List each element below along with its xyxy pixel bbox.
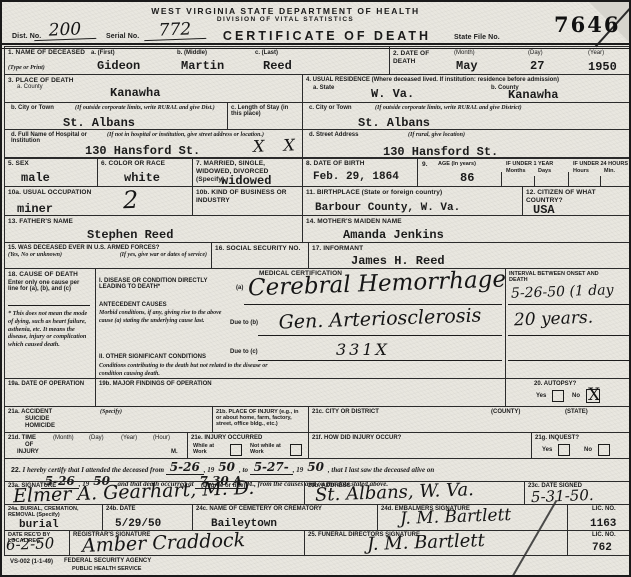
f22-text-5: , that I last saw the deceased alive on [328, 466, 434, 474]
field-funeral-director-signature: 25. FUNERAL DIRECTORS SIGNATURE J. M. Ba… [304, 530, 568, 556]
f17-label: 17. INFORMANT [312, 245, 363, 253]
field-place-of-death-county: 3. PLACE OF DEATH a. County Kanawha [4, 74, 303, 103]
f1-first-label: a. (First) [91, 50, 115, 56]
f4-city-label: c. City or Town [309, 105, 371, 111]
f9-days-label: Days [538, 168, 551, 174]
f8-label: 8. DATE OF BIRTH [306, 160, 365, 168]
f17-value: James H. Reed [351, 254, 445, 268]
f2-year-value: 1950 [588, 60, 617, 74]
f21d-injury-label: INJURY [17, 449, 39, 455]
field-autopsy: 20. AUTOPSY? Yes No X [505, 378, 631, 407]
field-major-findings: 19b. MAJOR FINDINGS OF OPERATION [95, 378, 506, 407]
f2-day-label: (Day) [528, 50, 543, 56]
inquest-yes-checkbox[interactable] [558, 444, 570, 456]
f18-b-label: Due to (b) [230, 320, 258, 326]
f18-instruction: Enter only one cause per line for (a), (… [8, 280, 88, 292]
f25c-signature-value: J. M. Bartlett [367, 532, 485, 554]
f3-county-label: a. County [17, 84, 43, 90]
field-place-of-injury: 21b. PLACE OF INJURY (e.g., in or about … [212, 406, 309, 433]
f24a-label: 24a. BURIAL, CREMATION, REMOVAL (Specify… [8, 506, 98, 518]
f19a-label: 19a. DATE OF OPERATION [8, 381, 88, 387]
f21c-county-label: (COUNTY) [491, 409, 520, 415]
f5-label: 5. SEX [8, 160, 29, 168]
f8-value: Feb. 29, 1864 [313, 171, 399, 183]
field-residence-street: d. Street Address (If rural, give locati… [302, 129, 631, 159]
f21b-label: 21b. PLACE OF INJURY (e.g., in or about … [216, 409, 304, 427]
f24d-signature-value: J. M. Bartlett [400, 507, 512, 528]
f9-under-year-label: IF UNDER 1 YEAR [506, 161, 553, 167]
field-marital-status: 7. MARRIED, SINGLE, WIDOWED, DIVORCED (S… [192, 157, 303, 187]
f21g-label: 21g. INQUEST? [535, 435, 579, 441]
field-physician-address: 23b. ADDRESS St. Albans, W. Va. [304, 481, 525, 505]
f22-from-date: 5-26 [166, 460, 204, 475]
inquest-no-checkbox[interactable] [598, 444, 610, 456]
field-informant: 17. INFORMANT James H. Reed [308, 242, 631, 269]
f1-label: 1. NAME OF DECEASED [8, 49, 86, 57]
field-social-security-no: 16. SOCIAL SECURITY NO. [211, 242, 309, 269]
f21d-hour-label: (Hour) [153, 435, 170, 441]
f1-sub-label: (Type or Print) [8, 65, 45, 73]
f18-interval-line1 [508, 304, 630, 305]
f21e-not-label: Not while at Work [250, 443, 286, 455]
f18-c-label: Due to (c) [230, 349, 258, 355]
f10a-label: 10a. USUAL OCCUPATION [8, 189, 91, 197]
autopsy-no-x-mark: X [588, 387, 600, 404]
injury-not-at-work-checkbox[interactable] [290, 444, 302, 456]
f3-handwritten-marks: X X [253, 137, 302, 155]
f24b-label: 24b. DATE [106, 506, 136, 512]
field-kind-of-business: 10b. KIND OF BUSINESS OR INDUSTRY [192, 186, 303, 216]
f22-text-2: , 19 [204, 466, 215, 474]
f24lic-value: 1163 [590, 518, 616, 530]
f13-label: 13. FATHER'S NAME [8, 218, 73, 226]
f1-middle-value: Martin [181, 59, 224, 73]
f21d-month-label: (Month) [53, 435, 74, 441]
f3-county-value: Kanawha [110, 86, 160, 100]
f18-antecedent-note: Morbid conditions, if any, giving rise t… [99, 310, 227, 325]
field-injury-city-district: 21c. CITY OR DISTRICT (COUNTY) (STATE) [308, 406, 631, 433]
f24c-label: 24c. NAME OF CEMETERY OR CREMATORY [196, 506, 322, 512]
f9-hours-label: Hours [573, 168, 589, 174]
field-date-signed: 23c. DATE SIGNED 5-31-50. [524, 481, 631, 505]
f21a-suicide-label: SUICIDE [25, 416, 49, 422]
f22-to-year: 50 [303, 460, 328, 474]
f18-a-label: (a) [236, 285, 243, 291]
f4-city-note: (If outside corporate limits, write RURA… [375, 105, 595, 113]
f9-divider [501, 172, 502, 187]
f18-interval-b-value: 20 years. [514, 310, 594, 330]
f4-street-note: (If rural, give location) [408, 132, 465, 140]
f3-stay-label: c. Length of Stay (in this place) [231, 105, 299, 117]
f9-age-label: AGE (In years) [438, 161, 476, 167]
field-medical-certification: MEDICAL CERTIFICATION I. DISEASE OR COND… [95, 268, 506, 379]
f18-part2-note: Conditions contributing to the death but… [99, 363, 271, 378]
f22-text-4: , 19 [293, 466, 304, 474]
f16-label: 16. SOCIAL SECURITY NO. [215, 245, 303, 253]
field-how-injury-occurred: 21f. HOW DID INJURY OCCUR? [308, 432, 532, 459]
f9-divider [568, 172, 569, 187]
f21d-of-label: OF [25, 442, 33, 448]
field-date-of-birth: 8. DATE OF BIRTH Feb. 29, 1864 [302, 157, 418, 187]
field-date-received-local-reg: DATE REC'D BY LOCAL REG. 6-2-50 [4, 530, 70, 556]
f4-street-label: d. Street Address [309, 132, 369, 138]
f22-from-year: 50 [214, 460, 239, 474]
f9-under-day-label: IF UNDER 24 HOURS [573, 161, 628, 167]
f18-antecedent-label: ANTECEDENT CAUSES [99, 302, 167, 308]
f25lic-label: LIC. NO. [592, 532, 616, 538]
field-burial-type: 24a. BURIAL, CREMATION, REMOVAL (Specify… [4, 504, 103, 531]
certificate-title: CERTIFICATE OF DEATH [217, 29, 437, 43]
footer-service: PUBLIC HEALTH SERVICE [72, 566, 141, 572]
f18-line-c [258, 360, 502, 361]
f21f-label: 21f. HOW DID INJURY OCCUR? [312, 435, 401, 441]
field-hospital-or-institution: d. Full Name of Hospital or Institution … [4, 129, 303, 159]
f20-yes-label: Yes [536, 393, 546, 399]
injury-while-at-work-checkbox[interactable] [230, 444, 242, 456]
f21d-label: 21d. TIME [8, 435, 36, 441]
f25b-signature-value: Amber Craddock [82, 531, 246, 556]
f9-number: 9. [422, 161, 428, 169]
f15-note2: (If yes, give war or dates of service) [97, 252, 207, 260]
department-title: WEST VIRGINIA STATE DEPARTMENT OF HEALTH [2, 6, 569, 16]
field-accident-suicide-homicide: 21a. ACCIDENT SUICIDE HOMICIDE (Specify) [4, 406, 213, 433]
f18-part1-label: I. DISEASE OR CONDITION DIRECTLY LEADING… [99, 278, 227, 290]
field-citizen-of: 12. CITIZEN OF WHAT COUNTRY? USA [522, 186, 631, 216]
f25a-date-value: 6-2-50 [6, 536, 55, 553]
f18-interval-line3 [508, 360, 630, 361]
state-file-label: State File No. [454, 34, 500, 43]
f21d-day-label: (Day) [89, 435, 104, 441]
f24lic-label: LIC. NO. [592, 506, 616, 512]
footer-agency: FEDERAL SECURITY AGENCY [64, 558, 151, 564]
f23b-address-value: St. Albans, W. Va. [315, 481, 474, 505]
f2-month-label: (Month) [454, 50, 475, 56]
f18-part2-label: II. OTHER SIGNIFICANT CONDITIONS [99, 354, 206, 360]
f21e-while-label: While at Work [193, 443, 227, 455]
f18-footnote: * This does not mean the mode of dying, … [8, 310, 90, 349]
f4-city-value: St. Albans [358, 116, 430, 130]
f4-county-value: Kanawha [508, 88, 558, 102]
field-date-of-operation: 19a. DATE OF OPERATION [4, 378, 96, 407]
field-injury-occurred: 21e. INJURY OCCURRED While at Work Not w… [187, 432, 309, 459]
f19b-label: 19b. MAJOR FINDINGS OF OPERATION [99, 381, 212, 387]
field-residence-city: c. City or Town (If outside corporate li… [302, 102, 631, 130]
f3-city-label: b. City or Town [11, 105, 71, 111]
footer-form-number: VS-002 (1-1-49) [10, 559, 53, 565]
f18-sidebar-rule [8, 305, 90, 306]
f18-interval-label: INTERVAL BETWEEN ONSET AND DEATH [509, 271, 609, 283]
f5-value: male [21, 171, 50, 185]
f6-label: 6. COLOR OR RACE [101, 160, 165, 168]
f13-value: Stephen Reed [87, 228, 173, 242]
field-sex: 5. SEX male [4, 157, 98, 187]
field-name-of-deceased: 1. NAME OF DECEASED (Type or Print) a. (… [4, 46, 390, 75]
f4-label: 4. USUAL RESIDENCE (Where deceased lived… [306, 77, 606, 83]
f22-text-1: I hereby certify that I attended the dec… [22, 466, 164, 474]
f21a-label: 21a. ACCIDENT [8, 409, 52, 415]
dist-no-value: 200 [34, 21, 97, 41]
f21g-no-label: No [584, 447, 592, 453]
field-date-of-death: 2. DATE OF DEATH (Month) May (Day) 27 (Y… [389, 46, 631, 75]
f1-last-label: c. (Last) [255, 50, 278, 56]
autopsy-yes-checkbox[interactable] [552, 390, 564, 402]
f1-first-value: Gideon [97, 59, 140, 73]
f10a-value: miner [17, 202, 53, 216]
f6-value: white [124, 171, 160, 185]
f25lic-value: 762 [592, 542, 612, 554]
field-mothers-maiden-name: 14. MOTHER'S MAIDEN NAME Amanda Jenkins [302, 215, 631, 243]
f18-interval-line2 [508, 335, 630, 336]
f9-age-value: 86 [460, 171, 474, 185]
f3-hospital-label: d. Full Name of Hospital or Institution [11, 132, 103, 144]
field-age: 9. AGE (In years) 86 IF UNDER 1 YEAR Mon… [417, 157, 631, 187]
f18-cause-a-value: Cerebral Hemorrhage [248, 269, 501, 301]
field-interval-onset-death: INTERVAL BETWEEN ONSET AND DEATH 5-26-50… [505, 268, 631, 379]
field-time-of-injury: 21d. TIME OF INJURY (Month) (Day) (Year)… [4, 432, 188, 459]
field-registrar-signature: REGISTRAR'S SIGNATURE Amber Craddock [69, 530, 305, 556]
f22-to-date: 5-27- [250, 460, 293, 475]
field-usual-residence: 4. USUAL RESIDENCE (Where deceased lived… [302, 74, 631, 103]
f21e-label: 21e. INJURY OCCURRED [191, 435, 262, 441]
field-inquest: 21g. INQUEST? Yes No [531, 432, 631, 459]
field-burial-date: 24b. DATE 5/29/50 [102, 504, 193, 531]
f3-city-value: St. Albans [63, 116, 135, 130]
f21c-state-label: (STATE) [565, 409, 588, 415]
f11-label: 11. BIRTHPLACE (State or foreign country… [306, 189, 442, 197]
f21a-specify-note: (Specify) [100, 409, 122, 417]
field-physician-certification: 22. I hereby certify that I attended the… [4, 458, 631, 482]
f9-min-label: Min. [604, 168, 615, 174]
field-length-of-stay: c. Length of Stay (in this place) [227, 102, 303, 130]
field-usual-occupation: 10a. USUAL OCCUPATION miner 2 [4, 186, 193, 216]
f9-months-label: Months [506, 168, 526, 174]
f21a-homicide-label: HOMICIDE [25, 423, 55, 429]
field-physician-signature: 23a. SIGNATURE (Degree or title) Elmer A… [4, 481, 305, 505]
f14-label: 14. MOTHER'S MAIDEN NAME [306, 218, 402, 226]
death-certificate-document: 7646 WEST VIRGINIA STATE DEPARTMENT OF H… [0, 0, 631, 577]
f14-value: Amanda Jenkins [343, 228, 444, 242]
f2-day-value: 27 [530, 59, 544, 73]
f21d-year-label: (Year) [121, 435, 137, 441]
f24b-value: 5/29/50 [115, 518, 161, 530]
f18-cause-c-value: 331X [336, 342, 390, 358]
serial-no-label: Serial No. [106, 33, 139, 42]
f20-label: 20. AUTOPSY? [534, 381, 576, 387]
f4-state-label: a. State [313, 85, 334, 91]
serial-no-value: 772 [144, 21, 207, 41]
f22-number: 22. [11, 467, 21, 474]
f2-month-value: May [456, 59, 478, 73]
field-armed-forces: 15. WAS DECEASED EVER IN U.S. ARMED FORC… [4, 242, 212, 269]
f3-city-note: (If outside corporate limits, write RURA… [75, 105, 225, 113]
f15-label: 15. WAS DECEASED EVER IN U.S. ARMED FORC… [8, 245, 208, 251]
field-cemetery-name: 24c. NAME OF CEMETERY OR CREMATORY Baile… [192, 504, 378, 531]
f23c-date-value: 5-31-50. [531, 488, 594, 505]
field-cause-of-death-sidebar: 18. CAUSE OF DEATH Enter only one cause … [4, 268, 96, 379]
f21d-m-label: M. [171, 449, 178, 455]
f20-no-label: No [572, 393, 580, 399]
field-fathers-name: 13. FATHER'S NAME Stephen Reed [4, 215, 303, 243]
f18-interval-a-value: 5-26-50 (1 day [511, 283, 614, 301]
field-place-of-death-city: b. City or Town (If outside corporate li… [4, 102, 228, 130]
f21g-yes-label: Yes [542, 447, 552, 453]
f10b-label: 10b. KIND OF BUSINESS OR INDUSTRY [196, 189, 296, 205]
f15-note1: (Yes, No or unknown) [8, 252, 62, 260]
field-embalmer-lic-no: LIC. NO. 1163 [567, 504, 631, 531]
f22-text-3: , to [239, 466, 248, 474]
f18-label: 18. CAUSE OF DEATH [8, 271, 78, 279]
field-funeral-director-lic-no: LIC. NO. 762 [567, 530, 631, 556]
f10a-handwritten-mark: 2 [123, 188, 139, 213]
f18-line-b [258, 335, 502, 336]
f2-label: 2. DATE OF DEATH [393, 50, 433, 66]
f1-last-value: Reed [263, 59, 292, 73]
f1-middle-label: b. (Middle) [177, 50, 207, 56]
f2-year-label: (Year) [588, 50, 604, 56]
f4-state-value: W. Va. [371, 87, 414, 101]
f21c-label: 21c. CITY OR DISTRICT [312, 409, 379, 415]
f11-value: Barbour County, W. Va. [315, 202, 460, 214]
field-birthplace: 11. BIRTHPLACE (State or foreign country… [302, 186, 523, 216]
autopsy-no-checkbox[interactable]: X [586, 389, 600, 403]
f3-hospital-value: 130 Hansford St. [85, 144, 200, 158]
field-color-or-race: 6. COLOR OR RACE white [97, 157, 193, 187]
f18-cause-b-value: Gen. Arteriosclerosis [260, 306, 501, 333]
